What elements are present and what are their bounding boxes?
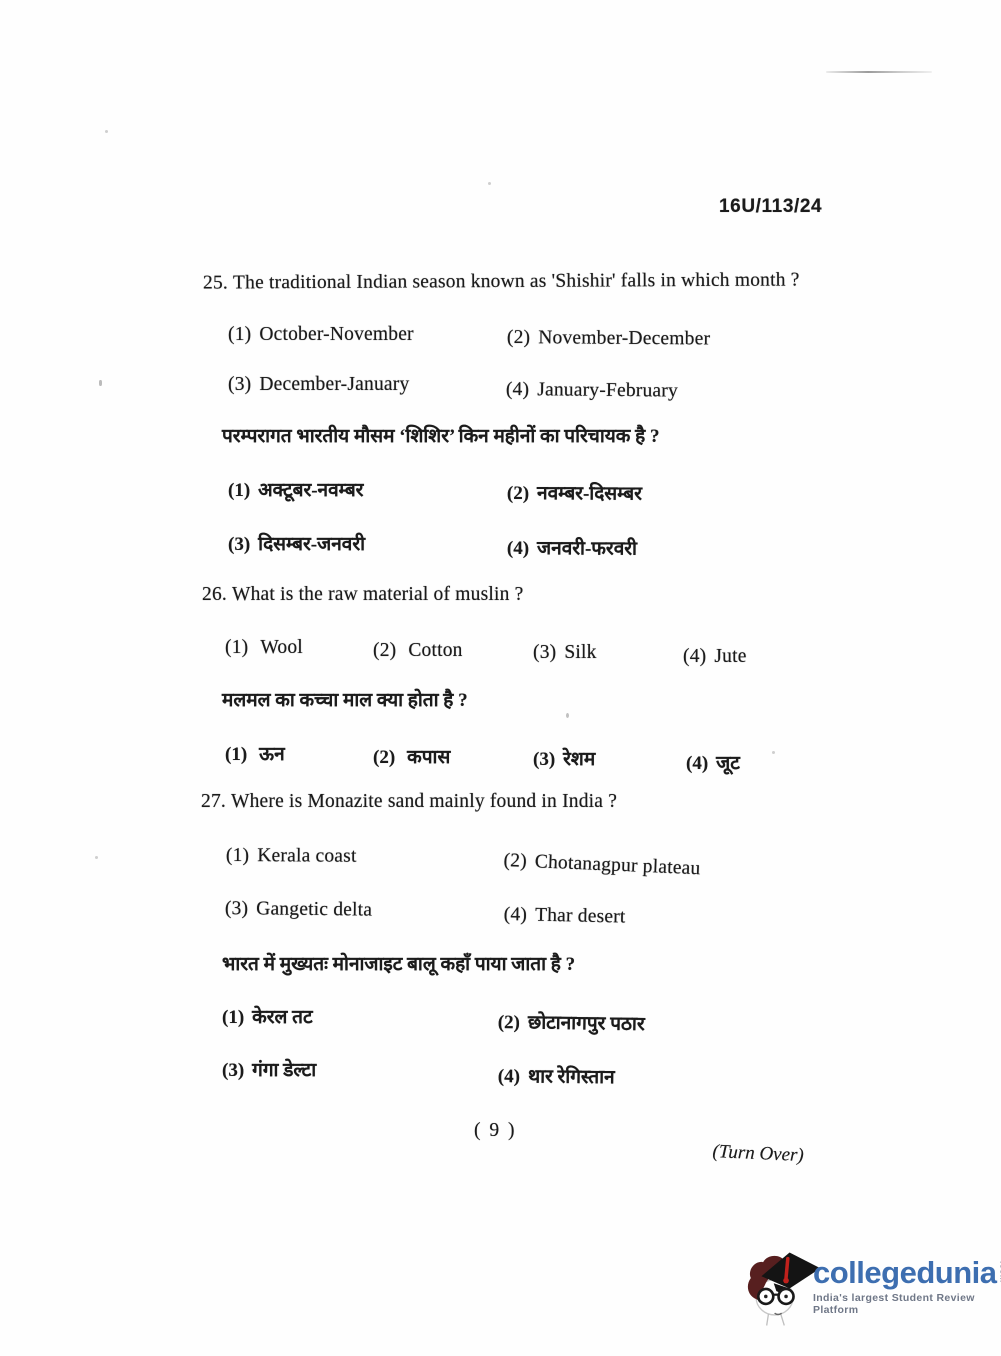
question-25-option-2-en: (2)November-December bbox=[507, 327, 710, 350]
question-26-number: 26. bbox=[202, 584, 227, 605]
question-26-option-4-hi: (4)जूट bbox=[686, 749, 740, 775]
question-25-option-3-hi: (3)दिसम्बर-जनवरी bbox=[228, 530, 365, 556]
question-26-option-1-en: (1)Wool bbox=[225, 637, 303, 659]
scan-artifact-line bbox=[826, 71, 932, 73]
question-27-option-3-hi: (3)गंगा डेल्टा bbox=[222, 1056, 316, 1082]
scan-speck bbox=[99, 380, 102, 386]
exam-paper-page: 16U/113/24 25.The traditional Indian sea… bbox=[0, 0, 1001, 1356]
scan-speck bbox=[95, 856, 98, 859]
scan-speck bbox=[566, 713, 569, 718]
question-25-number: 25. bbox=[203, 272, 228, 293]
question-26-text-en: 26.What is the raw material of muslin ? bbox=[202, 584, 523, 606]
brand-name: collegedunia bbox=[813, 1257, 996, 1288]
question-27-option-2-en: (2)Chotanagpur plateau bbox=[503, 850, 701, 880]
question-26-option-1-hi: (1)ऊन bbox=[225, 740, 285, 766]
question-25-option-4-en: (4)January-February bbox=[506, 379, 678, 403]
question-25-option-3-en: (3)December-January bbox=[228, 374, 409, 396]
question-27-option-2-hi: (2)छोटानागपुर पठार bbox=[498, 1008, 645, 1036]
question-27-number: 27. bbox=[201, 791, 226, 812]
question-27-option-3-en: (3)Gangetic delta bbox=[225, 898, 373, 922]
question-25-option-4-hi: (4)जनवरी-फरवरी bbox=[507, 534, 637, 561]
paper-code: 16U/113/24 bbox=[719, 196, 822, 218]
question-25-option-1-en: (1)October-November bbox=[228, 324, 414, 346]
scan-speck bbox=[105, 130, 108, 133]
question-27-text-en: 27.Where is Monazite sand mainly found i… bbox=[201, 791, 617, 813]
question-25-option-1-hi: (1)अक्टूबर-नवम्बर bbox=[228, 476, 363, 502]
question-27-text-hi: भारत में मुख्यतः मोनाजाइट बालू कहाँ पाया… bbox=[222, 950, 575, 976]
question-27-option-4-en: (4)Thar desert bbox=[504, 904, 626, 929]
collegedunia-logo: collegedunia .com India's largest Studen… bbox=[735, 1241, 997, 1329]
question-27-option-4-hi: (4)थार रेगिस्तान bbox=[498, 1062, 615, 1089]
question-26-option-3-hi: (3)रेशम bbox=[533, 745, 595, 771]
question-25-text-hi: परम्परागत भारतीय मौसम ‘शिशिर’ किन महीनों… bbox=[222, 422, 659, 448]
question-25-option-2-hi: (2)नवम्बर-दिसम्बर bbox=[507, 479, 642, 506]
scan-speck bbox=[772, 751, 775, 754]
collegedunia-mascot-icon bbox=[735, 1241, 823, 1329]
page-number: ( 9 ) bbox=[474, 1120, 517, 1142]
question-25-text-en: 25.The traditional Indian season known a… bbox=[203, 269, 800, 294]
question-26-text-hi: मलमल का कच्चा माल क्या होता है ? bbox=[222, 686, 468, 712]
turn-over-note: (Turn Over) bbox=[712, 1141, 804, 1167]
question-26-option-4-en: (4)Jute bbox=[683, 646, 747, 668]
question-26-option-2-en: (2)Cotton bbox=[373, 640, 463, 662]
question-27-option-1-en: (1)Kerala coast bbox=[226, 845, 357, 868]
question-27-option-1-hi: (1)केरल तट bbox=[222, 1003, 313, 1029]
question-26-option-2-hi: (2)कपास bbox=[373, 743, 450, 769]
brand-tagline: India's largest Student Review Platform bbox=[813, 1292, 1001, 1316]
question-26-option-3-en: (3)Silk bbox=[533, 642, 597, 664]
scan-speck bbox=[488, 182, 491, 185]
